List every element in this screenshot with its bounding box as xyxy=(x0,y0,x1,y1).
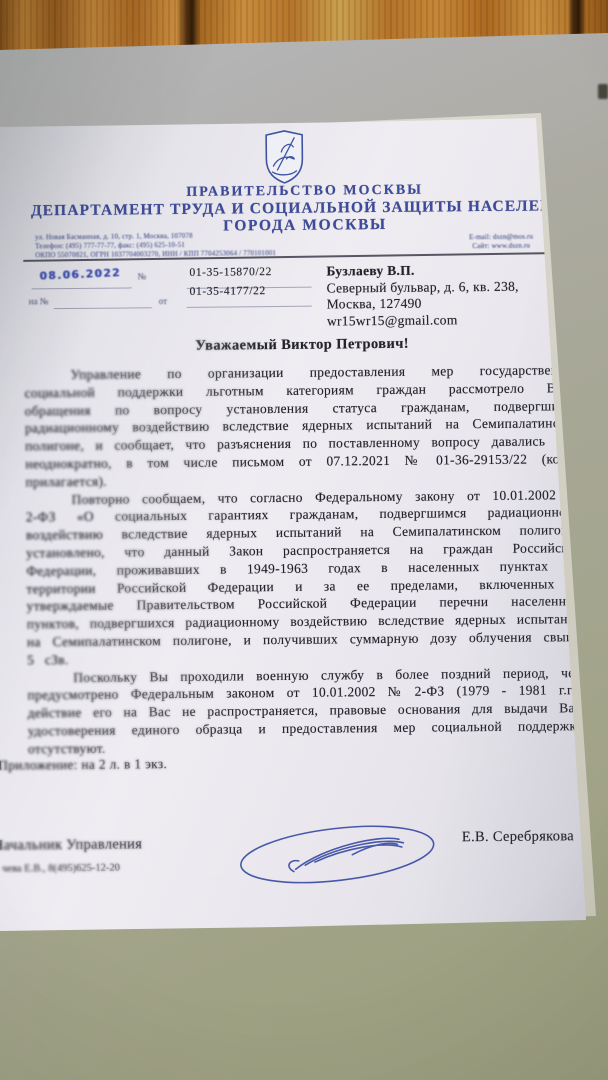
photo-of-letter: ПРАВИТЕЛЬСТВО МОСКВЫ ДЕПАРТАМЕНТ ТРУДА И… xyxy=(0,0,608,1080)
form-underline-date xyxy=(32,287,132,289)
outgoing-number-1: 01-35-15870/22 xyxy=(189,266,272,279)
body-paragraph-2: Повторно сообщаем, что согласно Федераль… xyxy=(26,486,584,669)
outgoing-number-2: 01-35-4177/22 xyxy=(190,285,266,298)
body-paragraph-1: Управление по организации предоставления… xyxy=(24,361,581,491)
signature-scribble xyxy=(229,805,446,900)
recipient-block: Бузлаеву В.П. Северный бульвар, д. 6, кв… xyxy=(326,262,519,330)
recipient-name: Бузлаеву В.П. xyxy=(326,262,518,280)
letter-paper: ПРАВИТЕЛЬСТВО МОСКВЫ ДЕПАРТАМЕНТ ТРУДА И… xyxy=(0,0,608,1080)
letter-content: ПРАВИТЕЛЬСТВО МОСКВЫ ДЕПАРТАМЕНТ ТРУДА И… xyxy=(0,0,608,1080)
form-underline-on-number xyxy=(54,307,152,309)
table-edge-mark xyxy=(598,84,608,99)
signer-position: Начальник Управления xyxy=(0,836,142,854)
signer-name: Е.В. Серебрякова xyxy=(462,828,574,846)
body-paragraph-3: Поскольку Вы проходили военную службу в … xyxy=(27,664,584,758)
salutation: Уважаемый Виктор Петрович! xyxy=(24,334,580,356)
recipient-address-line2: Москва, 127490 xyxy=(327,295,519,313)
letter-body: Управление по организации предоставления… xyxy=(24,361,584,758)
date-stamp: 08.06.2022 xyxy=(39,267,121,283)
recipient-address-line1: Северный бульвар, д. 6, кв. 238, xyxy=(327,278,519,296)
number-sign-label: № xyxy=(137,271,146,281)
attachment-note: Приложение: на 2 л. в 1 экз. xyxy=(0,756,167,774)
on-number-label: на № xyxy=(29,296,49,306)
recipient-email: wr15wr15@gmail.com xyxy=(327,311,519,329)
executor-note: чева Е.В., 8(495)625-12-20 xyxy=(2,863,120,875)
from-label: от xyxy=(159,296,167,306)
form-underline-number2 xyxy=(187,306,312,308)
moscow-coat-of-arms-icon xyxy=(264,129,305,185)
